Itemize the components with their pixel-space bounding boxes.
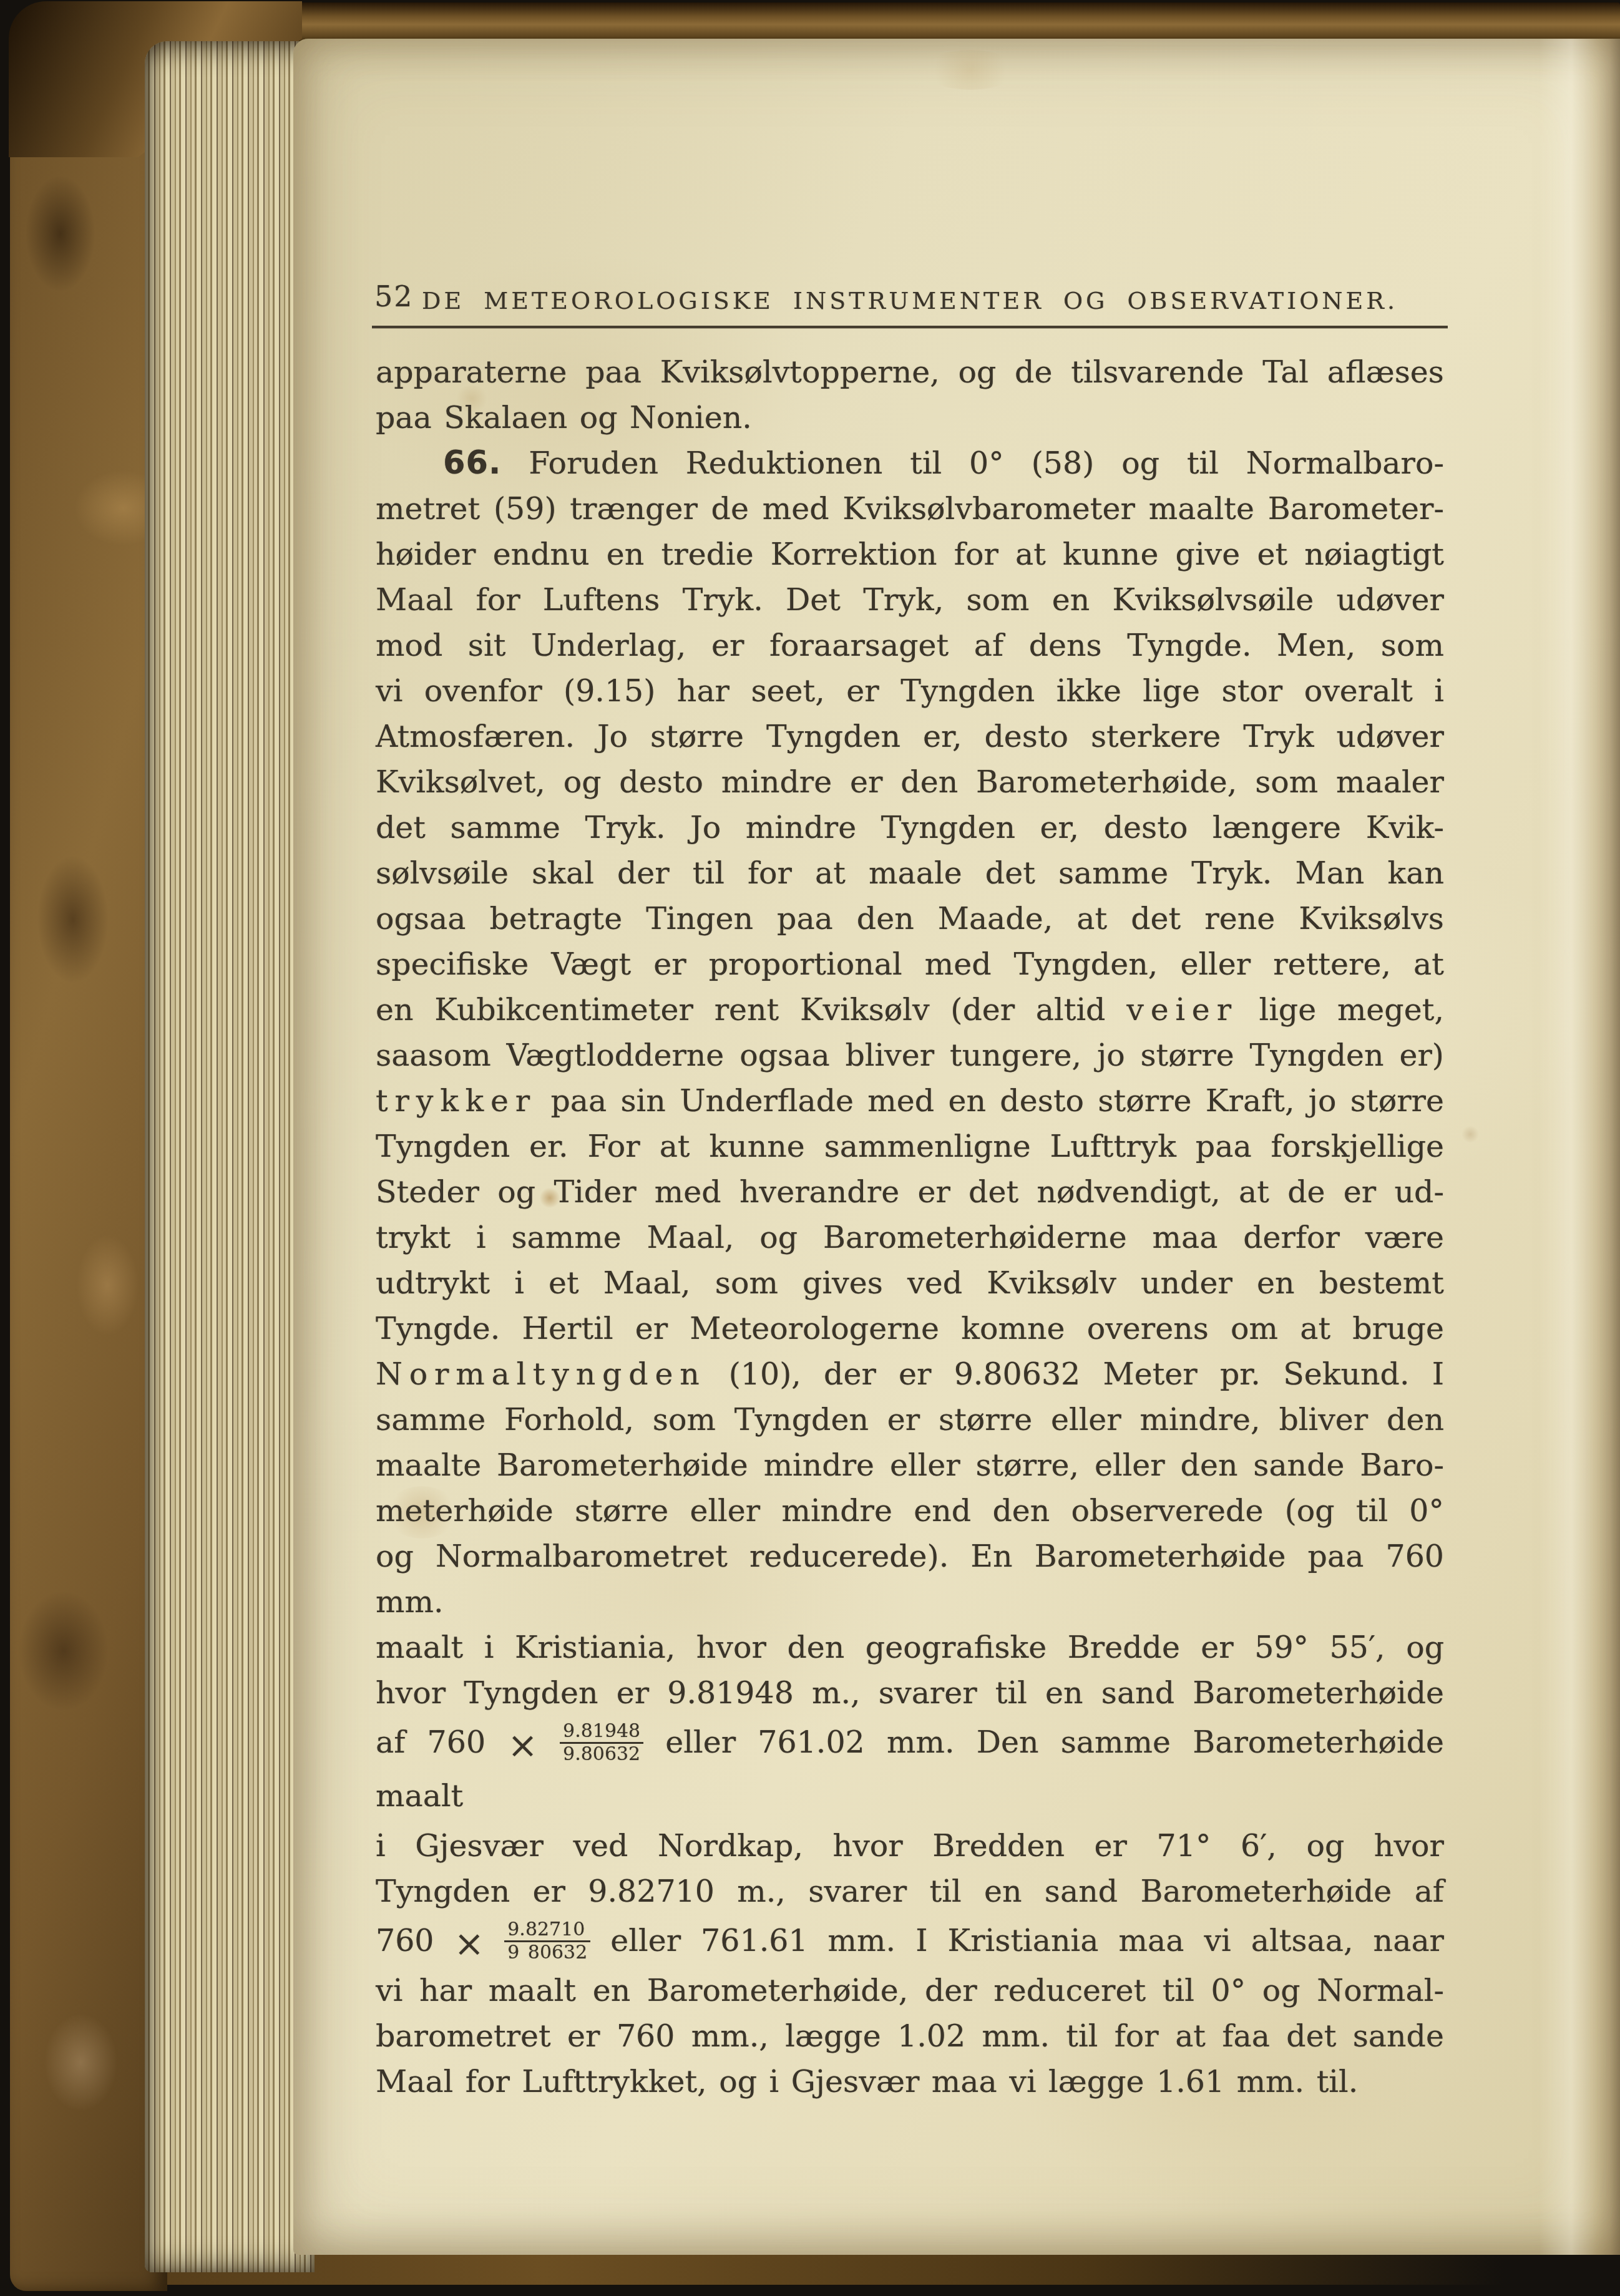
text-line: sølvsøile skal der til for at maale det … [376,850,1444,896]
text-line: maalte Barometerhøide mindre eller størr… [376,1442,1444,1488]
book-cover-bottom-edge [131,2250,1504,2285]
text-line: meterhøide større eller mindre end den o… [376,1488,1444,1534]
letterspaced-word: Normaltyngden [376,1356,706,1392]
paper-stain [1461,1126,1479,1143]
text-line: det samme Tryk. Jo mindre Tyngden er, de… [376,805,1444,850]
section-number: 66. [443,445,501,482]
text-line: Tyngde. Hertil er Meteorologerne komne o… [376,1306,1444,1351]
line-text: eller 761.61 mm. I Kristiania maa vi alt… [610,1923,1444,1958]
line-text: af 760 [376,1724,486,1760]
fraction: 9.827109 80632 [504,1919,590,1963]
text-line: ogsaa betragte Tingen paa den Maade, at … [376,896,1444,941]
line-text: paa sin Underflade med en desto større K… [550,1083,1444,1119]
book-page: 52 DE METEOROLOGISKE INSTRUMENTER OG OBS… [293,39,1620,2255]
text-line: metret (59) trænger de med Kviksølvbarom… [376,486,1444,532]
text-block: apparaterne paa Kviksølvtopperne, og de … [376,349,1444,2104]
fraction: 9.819489.80632 [560,1721,643,1765]
running-title: DE METEOROLOGISKE INSTRUMENTER OG OBSERV… [376,287,1444,314]
multiplication-sign: × [507,1724,538,1766]
text-line: Atmosfæren. Jo større Tyngden er, desto … [376,714,1444,759]
text-line: vi ovenfor (9.15) har seet, er Tyngden i… [376,668,1444,714]
text-line: maalt i Kristiania, hvor den geografiske… [376,1625,1444,1670]
fraction-denominator: 9 80632 [504,1940,590,1963]
text-line: saasom Vægtlodderne ogsaa bliver tungere… [376,1033,1444,1078]
text-line: Kviksølvet, og desto mindre er den Barom… [376,759,1444,805]
fraction-numerator: 9.81948 [560,1721,643,1742]
text-line: mod sit Underlag, er foraarsaget af dens… [376,623,1444,668]
text-line: trykker paa sin Underflade med en desto … [376,1078,1444,1124]
text-line: Normaltyngden (10), der er 9.80632 Meter… [376,1351,1444,1397]
letterspaced-word: veier [1126,992,1238,1028]
paper-stain [924,50,1017,90]
book-spine-left-edge [10,5,167,2291]
text-line: barometret er 760 mm., lægge 1.02 mm. ti… [376,2013,1444,2059]
text-line: Maal for Lufttrykket, og i Gjesvær maa v… [376,2059,1444,2104]
paragraph-end-line: paa Skalaen og Nonien. [376,395,1444,440]
section-start-line: 66. Foruden Reduktionen til 0° (58) og t… [376,440,1444,486]
letterspaced-word: trykker [376,1083,537,1119]
page-edge-stack [145,41,315,2272]
text-line: apparaterne paa Kviksølvtopperne, og de … [376,349,1444,395]
text-line: høider endnu en tredie Korrektion for at… [376,532,1444,577]
fraction-line: 760 × 9.827109 80632 eller 761.61 mm. I … [376,1914,1444,1968]
text-line: Maal for Luftens Tryk. Det Tryk, som en … [376,577,1444,623]
header-rule [372,326,1448,328]
line-text: lige meget, [1259,992,1444,1028]
text-line: trykt i samme Maal, og Barometerhøiderne… [376,1215,1444,1260]
text-line: og Normalbarometret reducerede). En Baro… [376,1534,1444,1625]
text-line: Steder og Tider med hverandre er det nød… [376,1169,1444,1215]
text-line: hvor Tyngden er 9.81948 m., svarer til e… [376,1670,1444,1716]
text-line: udtrykt i et Maal, som gives ved Kviksøl… [376,1260,1444,1306]
text-line: specifiske Vægt er proportional med Tyng… [376,941,1444,987]
text-line: i Gjesvær ved Nordkap, hvor Bredden er 7… [376,1823,1444,1869]
fraction-denominator: 9.80632 [560,1742,643,1765]
multiplication-sign: × [454,1922,485,1965]
text-line: Tyngden er 9.82710 m., svarer til en san… [376,1869,1444,1914]
text-line: Tyngden er. For at kunne sammenligne Luf… [376,1124,1444,1169]
text-line: vi har maalt en Barometerhøide, der redu… [376,1968,1444,2013]
line-text: (10), der er 9.80632 Meter pr. Sekund. I [729,1356,1444,1392]
scanned-book-page: 52 DE METEOROLOGISKE INSTRUMENTER OG OBS… [0,0,1620,2296]
line-text: 760 [376,1923,434,1958]
text-line: en Kubikcentimeter rent Kviksølv (der al… [376,987,1444,1033]
fraction-line: af 760 × 9.819489.80632 eller 761.02 mm.… [376,1716,1444,1823]
line-text: Foruden Reduktionen til 0° (58) og til N… [529,445,1444,481]
fraction-numerator: 9.82710 [504,1919,590,1940]
text-line: samme Forhold, som Tyngden er større ell… [376,1397,1444,1442]
line-text: en Kubikcentimeter rent Kviksølv (der al… [376,992,1106,1028]
